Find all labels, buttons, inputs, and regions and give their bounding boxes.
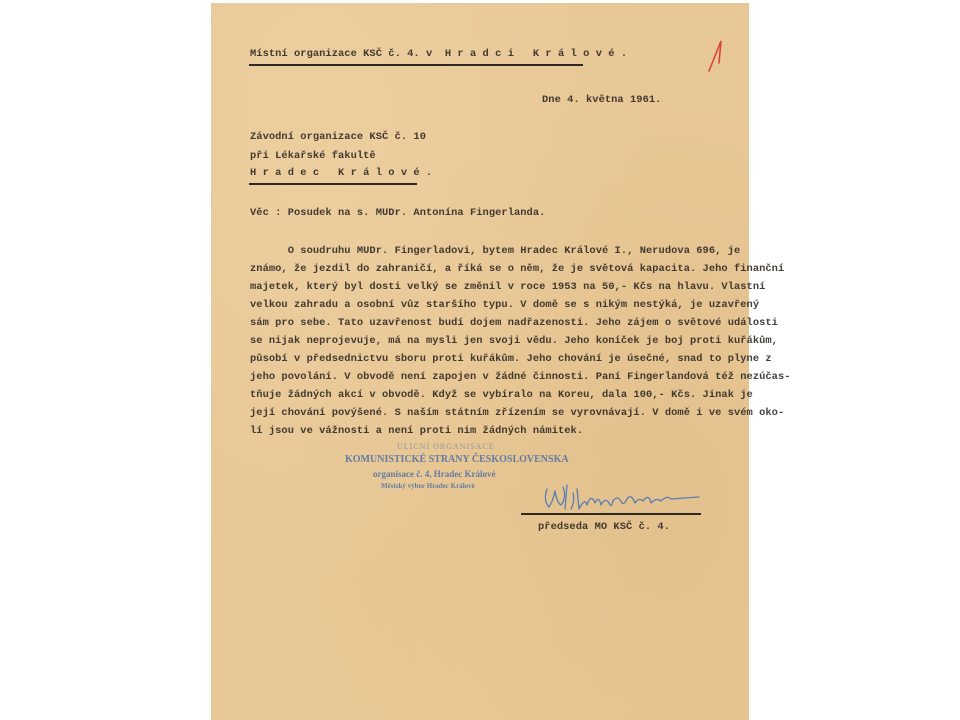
body-line: O soudruhu MUDr. Fingerladovi, bytem Hra… — [250, 246, 740, 256]
subject-line: Věc : Posudek na s. MUDr. Antonína Finge… — [250, 208, 545, 218]
handwritten-signature-icon — [539, 479, 709, 515]
stamp-line-1: ULICNÍ ORGANISACE — [397, 443, 495, 451]
sender-organization: Místní organizace KSČ č. 4. v H r a d c … — [250, 49, 627, 59]
stamp-line-2: KOMUNISTICKÉ STRANY ČESKOSLOVENSKA — [345, 455, 569, 465]
recipient-line-3: H r a d e c K r á l o v é . — [250, 168, 432, 178]
body-line: sám pro sebe. Tato uzavřenost budí dojem… — [250, 318, 778, 328]
scanned-letter-page: Místní organizace KSČ č. 4. v H r a d c … — [211, 3, 749, 720]
body-line: působí v předsednictvu sboru proti kuřák… — [250, 354, 772, 364]
signatory-title: předseda MO KSČ č. 4. — [538, 522, 670, 532]
red-page-number-mark-icon — [705, 33, 727, 73]
stamp-line-3: organisace č. 4, Hradec Králové — [373, 470, 495, 479]
body-line: majetek, který byl dosti velký se změnil… — [250, 282, 765, 292]
header-underline — [249, 64, 583, 66]
body-line: lí jsou ve vážnosti a není proti nim žád… — [250, 426, 583, 436]
body-line: se nijak neprojevuje, má na mysli jen sv… — [250, 336, 778, 346]
letter-date: Dne 4. května 1961. — [542, 95, 661, 105]
recipient-underline — [249, 183, 417, 185]
body-line: velkou zahradu a osobní vůz staršího typ… — [250, 300, 759, 310]
stamp-line-4: Městský výbor Hradec Králové — [381, 483, 475, 490]
recipient-line-1: Závodní organizace KSČ č. 10 — [250, 132, 426, 142]
body-line: jeho povolání. V obvodě není zapojen v ž… — [250, 372, 791, 382]
recipient-line-2: při Lékařské fakultě — [250, 151, 376, 161]
body-line: známo, že jezdil do zahraničí, a říká se… — [250, 264, 784, 274]
body-line: její chování povýšené. S naším státním z… — [250, 408, 784, 418]
signature-line — [521, 513, 701, 515]
body-line: tňuje žádných akcí v obvodě. Když se vyb… — [250, 390, 753, 400]
